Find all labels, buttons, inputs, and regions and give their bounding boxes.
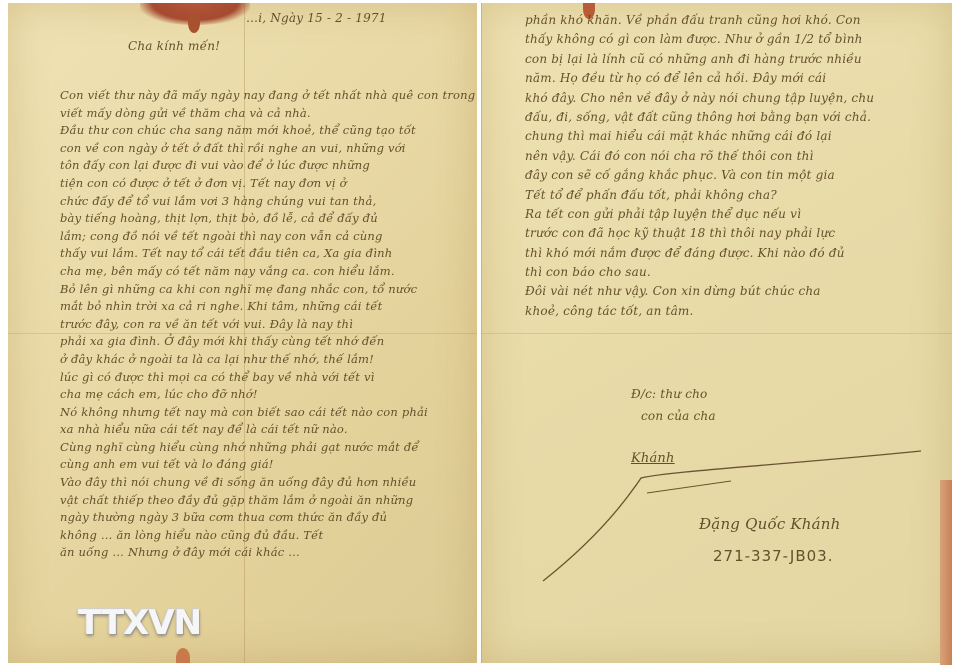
letter-page-right: phần khó khăn. Về phần đấu tranh cũng hơ… [481,3,952,663]
handwritten-line: Vào đây thì nói chung về đi sống ăn uống… [60,474,477,492]
handwritten-line: trước đây, con ra về ăn tết với vui. Đây… [60,316,477,334]
handwritten-line: chức đấy để tổ vui lắm vơi 3 hàng chúng … [60,193,477,211]
handwritten-line: bày tiếng hoàng, thịt lợn, thịt bò, đồ l… [60,210,477,228]
handwritten-line: tôn đấy con lại được đi vui vào để ở lúc… [60,157,477,175]
handwritten-line: cha mẹ, bên mấy có tết năm nay vắng ca. … [60,263,477,281]
handwritten-line: ăn uống … Nhưng ở đây mới cái khác … [60,544,477,562]
ttxvn-watermark-logo: TTXVN [78,603,201,643]
signature: Khánh [631,451,675,466]
handwritten-line: lúc gì có được thì mọi ca có thể bay về … [60,369,477,387]
handwritten-line: cha mẹ cách em, lúc cho đỡ nhớ! [60,386,477,404]
handwritten-line: không … ăn lòng hiểu nào cũng đủ đầu. Tế… [60,527,477,545]
handwritten-line: phải xa gia đình. Ở đây mới khi thấy cùn… [60,333,477,351]
handwritten-line: viết mấy dòng gửi về thăm cha và cả nhà. [60,105,477,123]
handwritten-line: cùng anh em vui tết và lo đáng giá! [60,456,477,474]
handwritten-line: con về con ngày ở tết ở đất thì rồi nghe… [60,140,477,158]
handwritten-line: lắm; cong đồ nói về tết ngoài thì nay co… [60,228,477,246]
table-edge [940,480,952,665]
handwritten-line: ở đây khác ở ngoài ta là ca lại như thế … [60,351,477,369]
handwritten-line: ngày thường ngày 3 bữa cơm thua cơm thức… [60,509,477,527]
handwritten-line: tiện con có được ở tết ở đơn vị. Tết nay… [60,175,477,193]
handwritten-line: thấy vui lắm. Tết nay tổ cái tết đầu tiê… [60,245,477,263]
letter-salutation: Cha kính mến! [128,39,220,53]
handwritten-line: Nó không nhưng tết nay mà con biết sao c… [60,404,477,422]
ink-stain [176,648,190,663]
letter-body-left: Con viết thư này đã mấy ngày nay đang ở … [60,87,477,562]
ink-stain-drip [188,13,200,33]
letter-date: …i, Ngày 15 - 2 - 1971 [246,11,387,25]
handwritten-line: Bỏ lên gì những ca khi con nghĩ mẹ đang … [60,281,477,299]
handwritten-line: mắt bỏ nhìn trời xa cả ri nghe. Khi tâm,… [60,298,477,316]
handwritten-line: vật chất thiếp theo đầy đủ gặp thăm lắm … [60,492,477,510]
handwritten-line: Con viết thư này đã mấy ngày nay đang ở … [60,87,477,105]
sender-name: Đặng Quốc Khánh [699,515,841,533]
handwritten-line: Đầu thư con chúc cha sang năm mới khoẻ, … [60,122,477,140]
handwritten-line: Cùng nghĩ cùng hiểu cùng nhớ những phải … [60,439,477,457]
letter-page-left: …i, Ngày 15 - 2 - 1971 Cha kính mến! Con… [8,3,477,663]
handwritten-line: xa nhà hiểu nữa cái tết nay để là cái tế… [60,421,477,439]
sender-unit-code: 271-337-JB03. [713,547,834,565]
